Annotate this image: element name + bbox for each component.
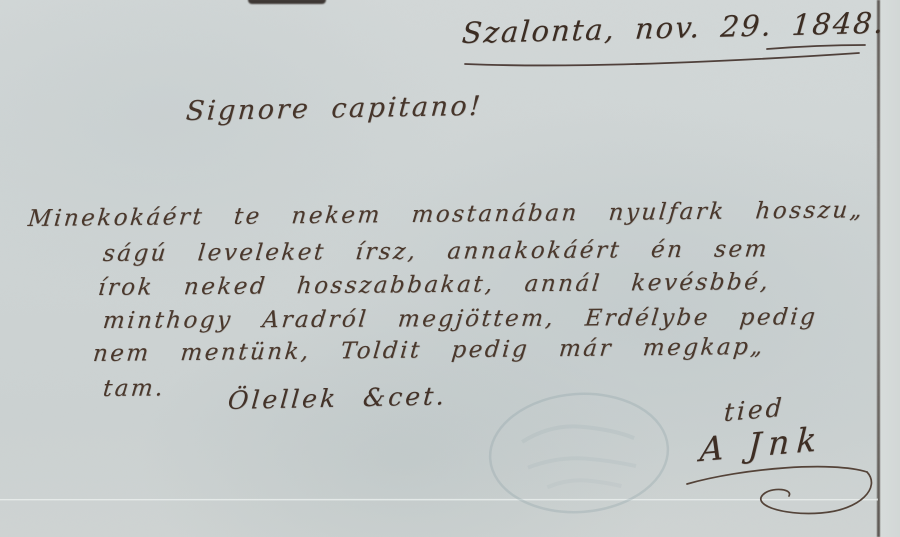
letter-farewell: Ölellek &cet.: [227, 381, 449, 415]
body-line: tam.: [102, 375, 167, 402]
body-line: ságú leveleket írsz, annakokáért én sem: [102, 236, 771, 267]
top-edge-smudge: [248, 0, 326, 4]
right-paper-strip: [880, 0, 900, 537]
letter-closing: tied: [723, 393, 785, 428]
body-line: nem mentünk, Toldit pedig már megkap„: [92, 334, 766, 367]
body-line: írok neked hosszabbakat, annál kevésbbé,: [97, 269, 772, 301]
right-paper-edge-line: [877, 0, 880, 537]
letter-dateline: Szalonta, nov. 29. 1848.: [461, 6, 887, 50]
letter-salutation: Signore capitano!: [185, 91, 484, 127]
horizontal-fold-line: [0, 498, 878, 501]
letter-signature: A Jnk: [699, 419, 824, 469]
body-line: Minekokáért te nekem mostanában nyulfark…: [27, 197, 866, 232]
letter-page: Szalonta, nov. 29. 1848. Signore capitan…: [0, 0, 900, 537]
body-line: minthogy Aradról megjöttem, Erdélybe ped…: [102, 304, 819, 334]
